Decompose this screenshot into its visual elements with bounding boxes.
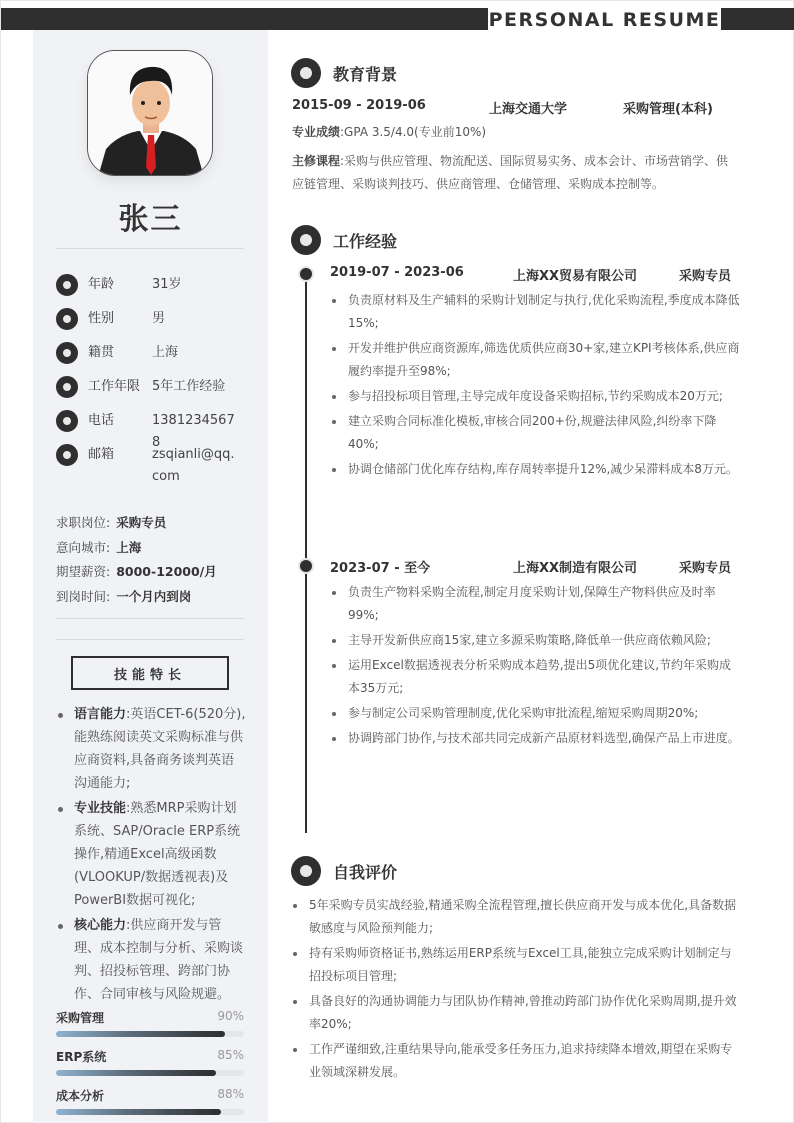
info-row-hometown: 籍贯 上海: [56, 342, 256, 364]
job-2-bullets: 负责生产物料采购全流程,制定月度采购计划,保障生产物料供应及时率99%; 主导开…: [328, 581, 740, 752]
info-label: 籍贯: [88, 342, 152, 364]
ring-bullet-icon: [56, 274, 78, 296]
self-eval-bullet: 持有采购师资格证书,熟练运用ERP系统与Excel工具,能独立完成采购计划制定与…: [289, 942, 741, 988]
timeline-line: [305, 273, 307, 833]
header-title-box: PERSONAL RESUME: [488, 5, 721, 34]
resume-title: PERSONAL RESUME: [489, 9, 721, 31]
job-bullet: 负责原材料及生产辅料的采购计划制定与执行,优化采购流程,季度成本降低15%;: [328, 289, 740, 335]
job-bullet: 开发并维护供应商资源库,筛选优质供应商30+家,建立KPI考核体系,供应商履约率…: [328, 337, 740, 383]
info-value: 5年工作经验: [152, 376, 236, 398]
job-intent-label: 期望薪资:: [56, 564, 110, 579]
job-bullet: 主导开发新供应商15家,建立多源采购策略,降低单一供应商依赖风险;: [328, 629, 740, 652]
info-value: 上海: [152, 342, 236, 364]
section-ring-icon: [291, 225, 321, 255]
section-education-header: 教育背景: [291, 58, 397, 88]
skill-bar-percent: 85%: [217, 1048, 244, 1064]
section-ring-icon: [291, 856, 321, 886]
job-intent-position: 求职岗位:采购专员: [56, 515, 166, 531]
ring-bullet-icon: [56, 376, 78, 398]
self-eval-bullet: 具备良好的沟通协调能力与团队协作精神,曾推动跨部门协作优化采购周期,提升效率20…: [289, 990, 741, 1036]
job-bullet: 参与制定公司采购管理制度,优化采购审批流程,缩短采购周期20%;: [328, 702, 740, 725]
job-intent-label: 求职岗位:: [56, 515, 110, 530]
skill-bar-procurement: 采购管理90%: [56, 1009, 244, 1037]
ring-bullet-icon: [56, 410, 78, 432]
job-row-2: 2023-07 - 至今 上海XX制造有限公司 采购专员: [330, 557, 731, 576]
job-bullet: 协调跨部门协作,与技术部共同完成新产品原材料选型,确保产品上市进度。: [328, 727, 740, 750]
skills-title: 技能特长: [71, 656, 229, 690]
info-label: 工作年限: [88, 376, 152, 398]
job-period: 2019-07 - 2023-06: [330, 265, 513, 284]
skill-bar-track: [56, 1070, 244, 1076]
skill-label: 核心能力: [74, 918, 126, 933]
job-intent-label: 到岗时间:: [56, 589, 110, 604]
job-bullet: 负责生产物料采购全流程,制定月度采购计划,保障生产物料供应及时率99%;: [328, 581, 740, 627]
skill-bar-track: [56, 1109, 244, 1115]
skill-bar-fill: [56, 1070, 216, 1076]
job-row-1: 2019-07 - 2023-06 上海XX贸易有限公司 采购专员: [330, 265, 731, 284]
job-role: 采购专员: [679, 265, 731, 284]
avatar: [87, 50, 213, 176]
timeline-dot-icon: [300, 268, 312, 280]
ring-bullet-icon: [56, 342, 78, 364]
skill-bar-percent: 88%: [217, 1087, 244, 1103]
education-row: 2015-09 - 2019-06 上海交通大学 采购管理(本科): [292, 98, 713, 117]
courses-text: :采购与供应管理、物流配送、国际贸易实务、成本会计、市场营销学、供应链管理、采购…: [292, 154, 728, 191]
job-intent-value: 采购专员: [116, 515, 166, 530]
section-title: 教育背景: [333, 62, 397, 85]
education-courses: 主修课程:采购与供应管理、物流配送、国际贸易实务、成本会计、市场营销学、供应链管…: [292, 150, 740, 196]
skill-item: 语言能力:英语CET-6(520分),能熟练阅读英文采购标准与供应商资料,具备商…: [56, 703, 246, 795]
job-intent-value: 上海: [116, 540, 141, 555]
job-intent-value: 8000-12000/月: [116, 564, 217, 579]
skill-item: 专业技能:熟悉MRP采购计划系统、SAP/Oracle ERP系统操作,精通Ex…: [56, 797, 246, 912]
job-intent-salary: 期望薪资:8000-12000/月: [56, 564, 217, 580]
info-row-gender: 性别 男: [56, 308, 256, 330]
ring-bullet-icon: [56, 308, 78, 330]
job-role: 采购专员: [679, 557, 731, 576]
info-label: 邮箱: [88, 444, 152, 488]
skill-item: 核心能力:供应商开发与管理、成本控制与分析、采购谈判、招投标管理、跨部门协作、合…: [56, 914, 246, 1006]
skill-bar-track: [56, 1031, 244, 1037]
info-row-email: 邮箱 zsqianli@qq.com: [56, 444, 256, 488]
job-bullet: 建立采购合同标准化模板,审核合同200+份,规避法律风险,纠纷率下降40%;: [328, 410, 740, 456]
skill-bar-fill: [56, 1109, 221, 1115]
person-avatar-icon: [88, 51, 213, 176]
info-label: 性别: [88, 308, 152, 330]
job-intent-value: 一个月内到岗: [116, 589, 191, 604]
self-eval-bullet: 5年采购专员实战经验,精通采购全流程管理,擅长供应商开发与成本优化,具备数据敏感…: [289, 894, 741, 940]
job-company: 上海XX贸易有限公司: [513, 265, 679, 284]
skill-label: 专业技能: [74, 801, 126, 816]
skill-bar-label: ERP系统: [56, 1048, 106, 1064]
section-experience-header: 工作经验: [291, 225, 397, 255]
skill-text: :熟悉MRP采购计划系统、SAP/Oracle ERP系统操作,精通Excel高…: [74, 801, 240, 908]
skill-bar-erp: ERP系统85%: [56, 1048, 244, 1076]
skill-label: 语言能力: [74, 707, 126, 722]
education-school: 上海交通大学: [489, 98, 623, 117]
self-eval-bullet: 工作严谨细致,注重结果导向,能承受多任务压力,追求持续降本增效,期望在采购专业领…: [289, 1038, 741, 1084]
job-intent-city: 意向城市:上海: [56, 540, 141, 556]
resume-page: PERSONAL RESUME 张三 年龄 31岁: [0, 0, 794, 1123]
info-value: 男: [152, 308, 236, 330]
divider: [56, 618, 244, 619]
skill-bar-label: 成本分析: [56, 1087, 104, 1103]
self-eval-bullets: 5年采购专员实战经验,精通采购全流程管理,擅长供应商开发与成本优化,具备数据敏感…: [289, 894, 741, 1086]
sidebar: 张三 年龄 31岁 性别 男 籍贯 上海 工作年限 5年工作经验 电话 1381…: [33, 30, 268, 1123]
skills-list: 语言能力:英语CET-6(520分),能熟练阅读英文采购标准与供应商资料,具备商…: [56, 703, 246, 1008]
job-company: 上海XX制造有限公司: [513, 557, 679, 576]
skill-bar-cost: 成本分析88%: [56, 1087, 244, 1115]
ring-bullet-icon: [56, 444, 78, 466]
section-ring-icon: [291, 58, 321, 88]
job-intent-start: 到岗时间:一个月内到岗: [56, 589, 191, 605]
job-period: 2023-07 - 至今: [330, 557, 513, 576]
education-period: 2015-09 - 2019-06: [292, 98, 489, 117]
courses-label: 主修课程: [292, 154, 340, 168]
job-bullet: 参与招投标项目管理,主导完成年度设备采购招标,节约采购成本20万元;: [328, 385, 740, 408]
divider: [56, 248, 244, 249]
info-value: zsqianli@qq.com: [152, 444, 236, 488]
education-major: 采购管理(本科): [623, 98, 713, 117]
job-bullet: 协调仓储部门优化库存结构,库存周转率提升12%,减少呆滞料成本8万元。: [328, 458, 740, 481]
divider: [56, 639, 244, 640]
timeline-dot-icon: [300, 560, 312, 572]
section-self-eval-header: 自我评价: [291, 856, 397, 886]
job-bullet: 运用Excel数据透视表分析采购成本趋势,提出5项优化建议,节约年采购成本35万…: [328, 654, 740, 700]
section-title: 自我评价: [333, 860, 397, 883]
gpa-text: :GPA 3.5/4.0(专业前10%): [340, 125, 486, 139]
job-1-bullets: 负责原材料及生产辅料的采购计划制定与执行,优化采购流程,季度成本降低15%; 开…: [328, 289, 740, 483]
gpa-label: 专业成绩: [292, 125, 340, 139]
info-label: 年龄: [88, 274, 152, 296]
info-row-experience-years: 工作年限 5年工作经验: [56, 376, 256, 398]
skill-bar-fill: [56, 1031, 225, 1037]
skill-bar-percent: 90%: [217, 1009, 244, 1025]
profile-name: 张三: [33, 194, 268, 238]
skill-bar-label: 采购管理: [56, 1009, 104, 1025]
section-title: 工作经验: [333, 229, 397, 252]
job-intent-label: 意向城市:: [56, 540, 110, 555]
info-value: 31岁: [152, 274, 236, 296]
education-gpa: 专业成绩:GPA 3.5/4.0(专业前10%): [292, 121, 740, 144]
info-row-age: 年龄 31岁: [56, 274, 256, 296]
